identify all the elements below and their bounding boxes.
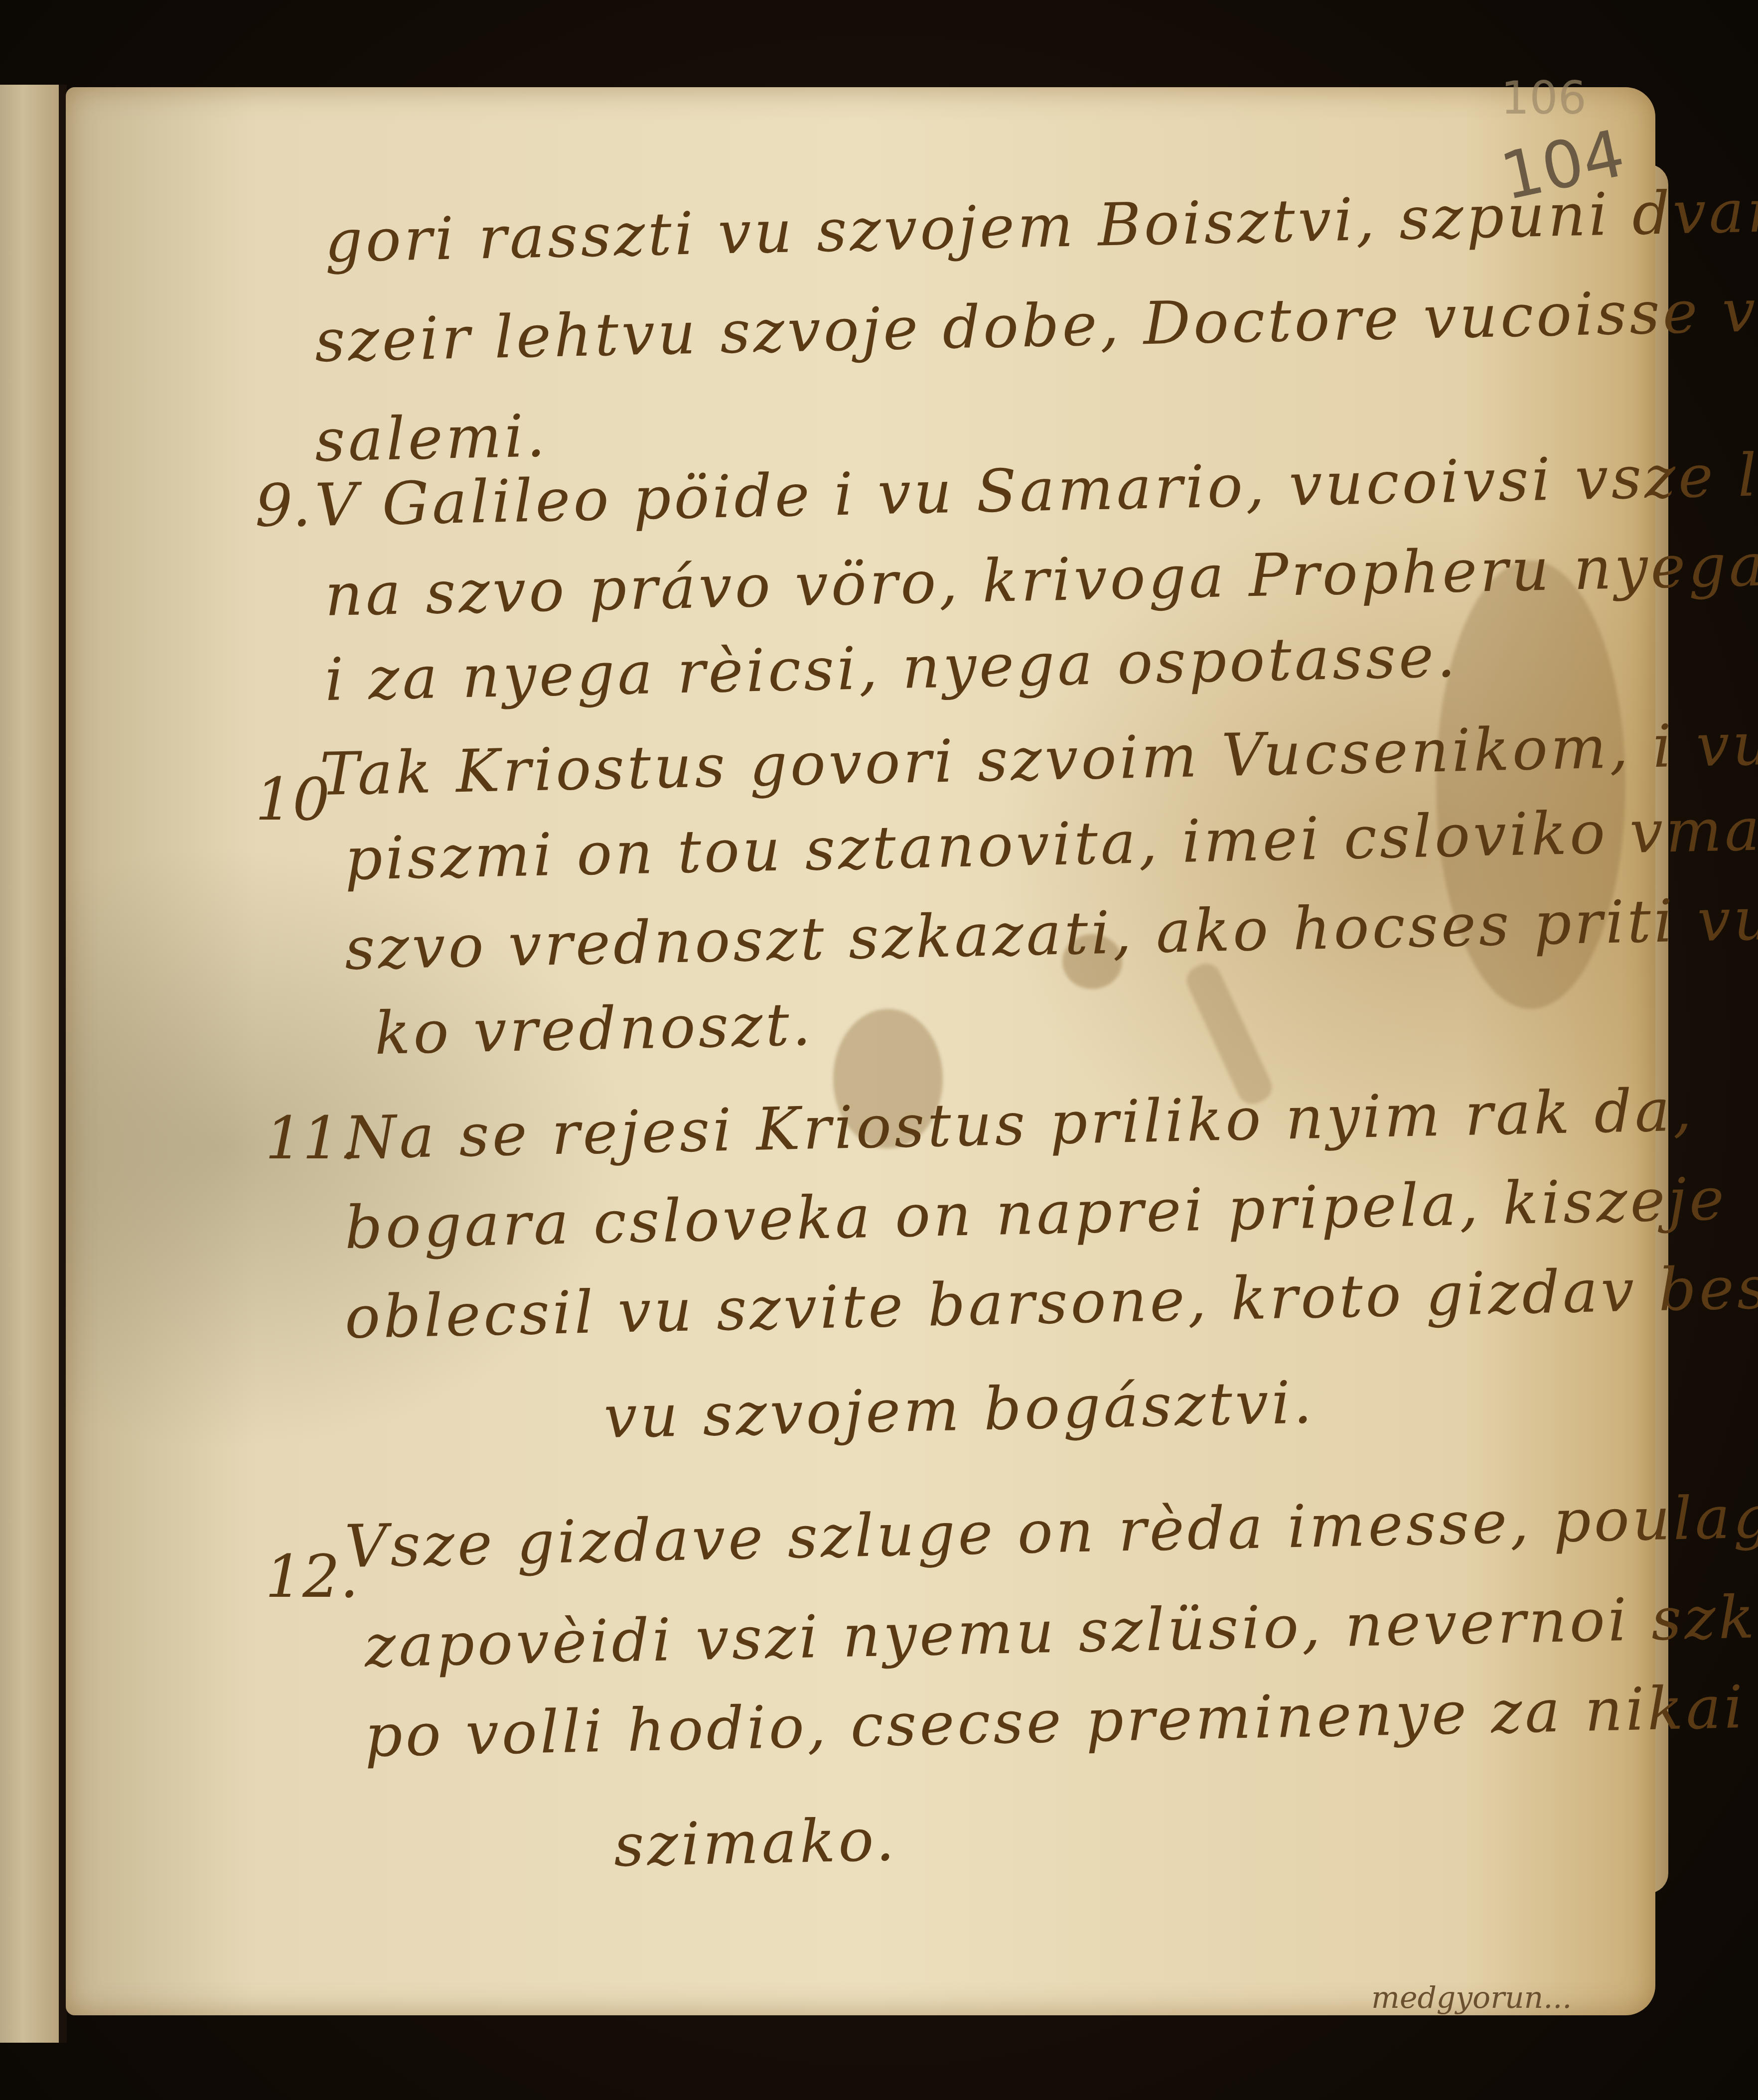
text-line: zapovèidi vszi nyemu szlüsio, nevernoi s…: [364, 1578, 1758, 1680]
text-line: salemi.: [314, 401, 549, 475]
text-line: ko vrednoszt.: [374, 990, 815, 1068]
text-line: szeir lehtvu szvoje dobe, Doctore vucois…: [314, 272, 1758, 375]
text-line: bogara csloveka on naprei pripela, kisze…: [344, 1164, 1728, 1262]
text-line: Vsze gizdave szluge on rèda imesse, poul…: [344, 1482, 1758, 1581]
verse-number: 9.: [255, 471, 311, 540]
text-line: vu szvojem bogásztvi.: [603, 1368, 1316, 1451]
text-line: szimako.: [613, 1805, 898, 1880]
text-line: gori rasszti vu szvojem Boisztvi, szpuni…: [324, 174, 1758, 276]
text-line: po volli hodio, csecse preminenye za nik…: [364, 1673, 1747, 1770]
text-line: Na se rejesi Kriostus priliko nyim rak d…: [344, 1075, 1695, 1172]
manuscript-page: 106 104 gori rasszti vu szvojem Boisztvi…: [66, 87, 1655, 2015]
faint-page-number: 106: [1501, 72, 1587, 125]
text-line: oblecsil vu szvite barsone, kroto gizdav…: [344, 1252, 1758, 1352]
left-facing-page: [0, 85, 62, 2043]
text-line: i za nyega rèicsi, nyega ospotasse.: [324, 621, 1459, 714]
verse-number: 10: [255, 765, 330, 834]
bottom-margin-note: medgyorun...: [1371, 1980, 1572, 2015]
